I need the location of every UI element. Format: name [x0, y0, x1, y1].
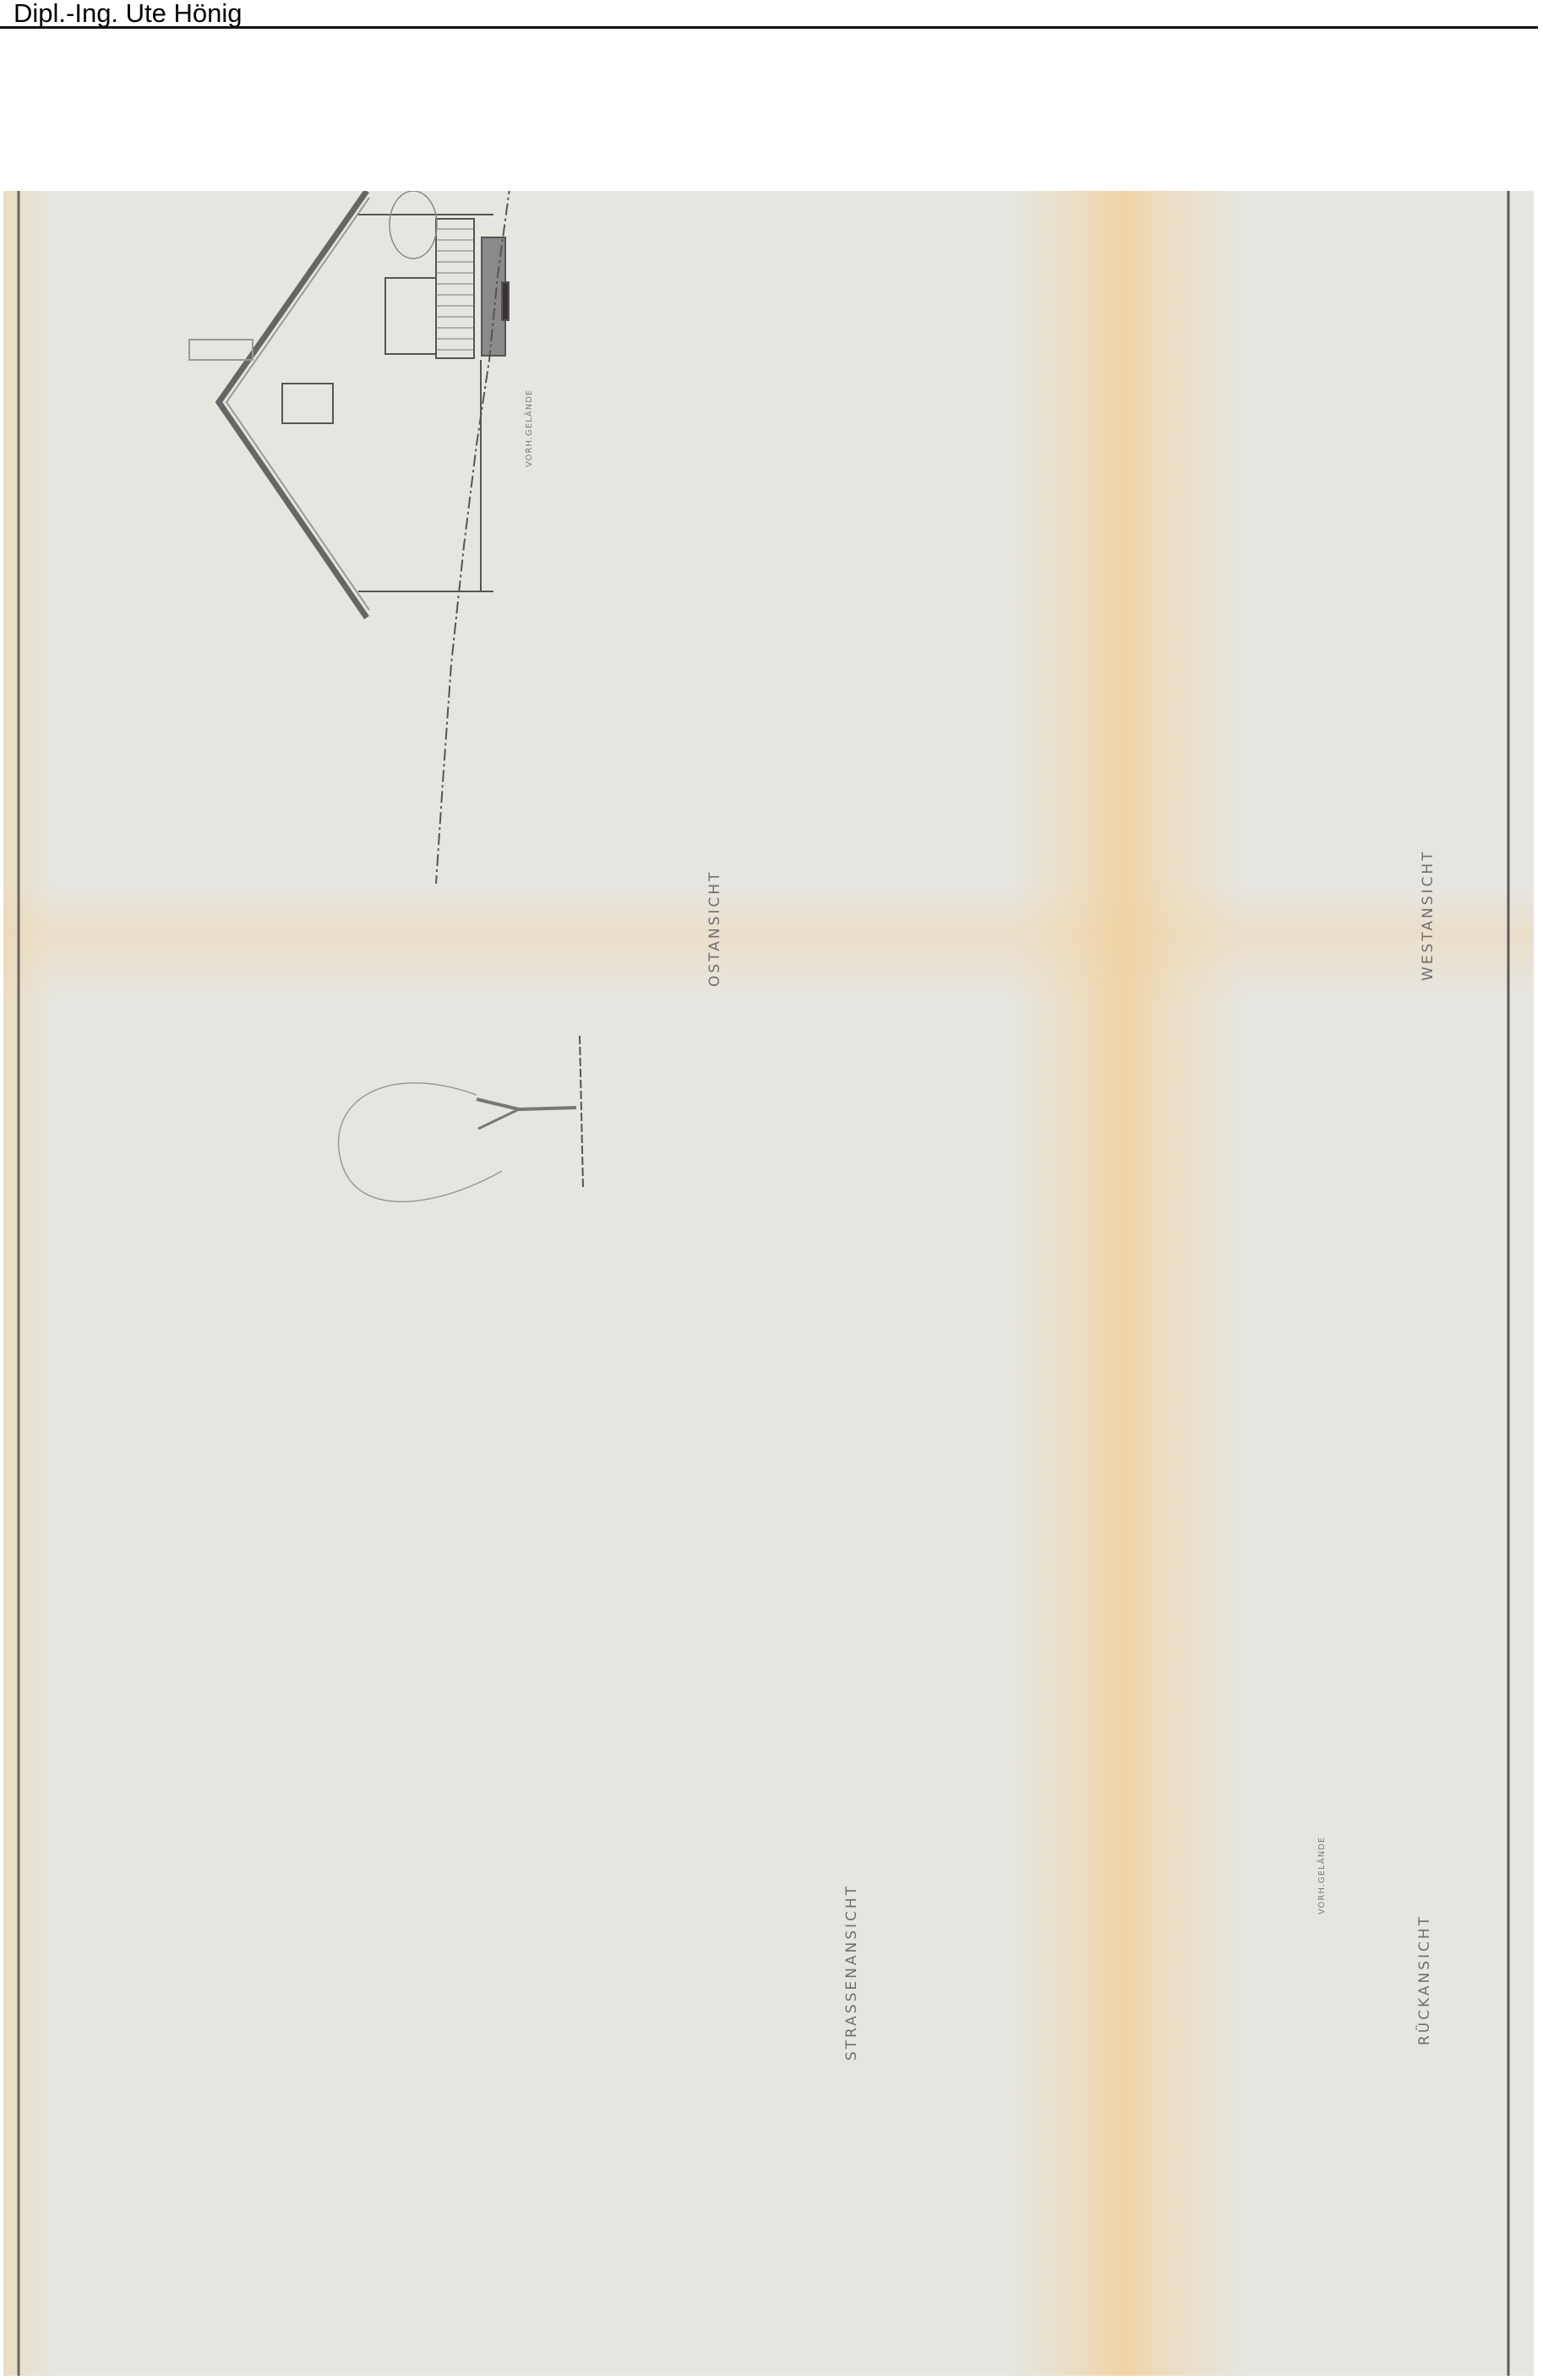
author-name: Dipl.-Ing. Ute Hönig: [14, 0, 243, 29]
view-label-rueckansicht: RÜCKANSICHT: [1416, 1914, 1433, 2045]
header-divider: [0, 26, 1538, 29]
scanned-drawing-sheet: OSTANSICHT WESTANSICHT STRASSENANSICHT R…: [3, 191, 1534, 2376]
view-label-strassenansicht: STRASSENANSICHT: [843, 1884, 860, 2061]
page-header: Dipl.-Ing. Ute Hönig: [0, 0, 1543, 30]
view-label-ostansicht: OSTANSICHT: [706, 870, 723, 987]
terrain-annotation-east: VORH.GELÄNDE: [525, 389, 534, 467]
elevation-drawings: [3, 191, 1534, 2376]
terrain-annotation-rear: VORH.GELÄNDE: [1317, 1837, 1327, 1914]
ostansicht-elevation: [189, 191, 583, 1201]
view-label-westansicht: WESTANSICHT: [1420, 849, 1437, 981]
